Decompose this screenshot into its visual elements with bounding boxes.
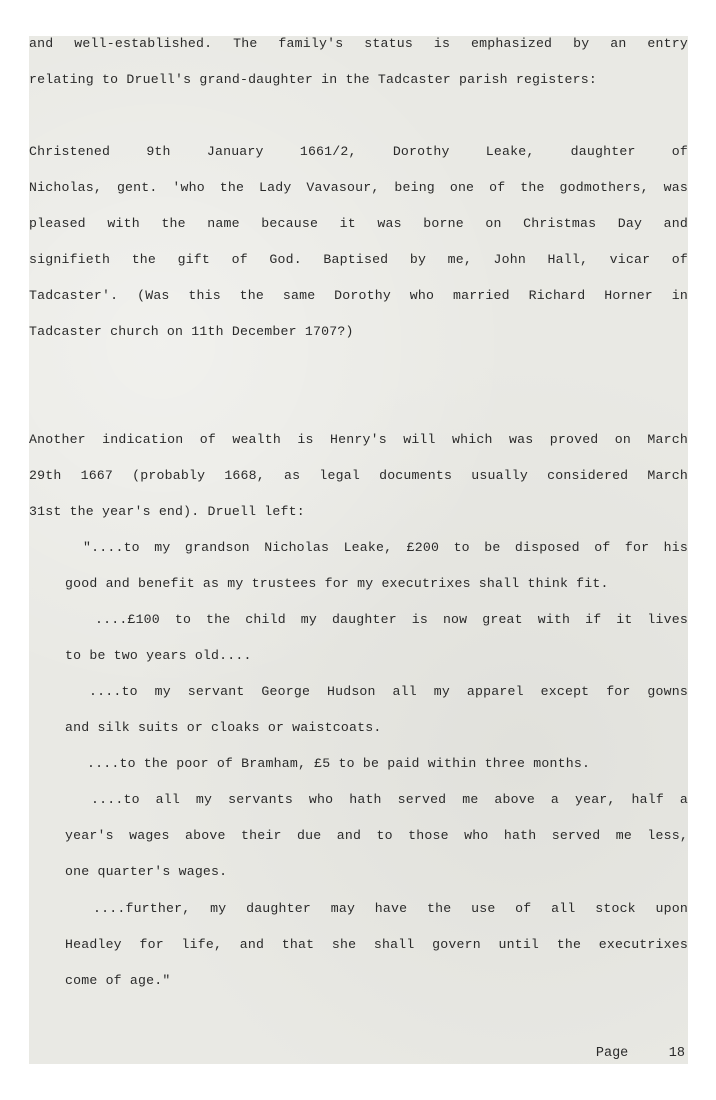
text-line: signifieth the gift of God. Baptised by … (29, 252, 688, 268)
text-line: 29th 1667 (probably 1668, as legal docum… (29, 468, 688, 484)
text-line: Tadcaster church on 11th December 1707?) (29, 324, 688, 340)
quote-line: and silk suits or cloaks or waistcoats. (65, 720, 688, 736)
page-footer: Page 18 (596, 1046, 685, 1061)
document-page: and well-established. The family's statu… (29, 36, 688, 1064)
text-line: Tadcaster'. (Was this the same Dorothy w… (29, 288, 688, 304)
quote-line: ....further, my daughter may have the us… (93, 901, 688, 917)
quote-line: come of age." (65, 973, 688, 989)
quote-line: "....to my grandson Nicholas Leake, £200… (83, 540, 688, 556)
page-label: Page (596, 1046, 628, 1061)
text-line: Another indication of wealth is Henry's … (29, 432, 688, 448)
quote-line: ....£100 to the child my daughter is now… (95, 612, 688, 628)
quote-line: ....to my servant George Hudson all my a… (89, 684, 688, 700)
text-line: 31st the year's end). Druell left: (29, 504, 688, 520)
quote-line: good and benefit as my trustees for my e… (65, 576, 688, 592)
quote-line: ....to the poor of Bramham, £5 to be pai… (87, 756, 688, 772)
text-line: Christened 9th January 1661/2, Dorothy L… (29, 144, 688, 160)
text-line: relating to Druell's grand-daughter in t… (29, 72, 688, 88)
quote-line: year's wages above their due and to thos… (65, 828, 688, 844)
text-line: Nicholas, gent. 'who the Lady Vavasour, … (29, 180, 688, 196)
quote-line: ....to all my servants who hath served m… (91, 792, 688, 808)
text-line: and well-established. The family's statu… (29, 36, 688, 52)
quote-line: to be two years old.... (65, 648, 688, 664)
quote-line: one quarter's wages. (65, 864, 688, 880)
quote-line: Headley for life, and that she shall gov… (65, 937, 688, 953)
page-number: 18 (669, 1046, 685, 1061)
text-line: pleased with the name because it was bor… (29, 216, 688, 232)
